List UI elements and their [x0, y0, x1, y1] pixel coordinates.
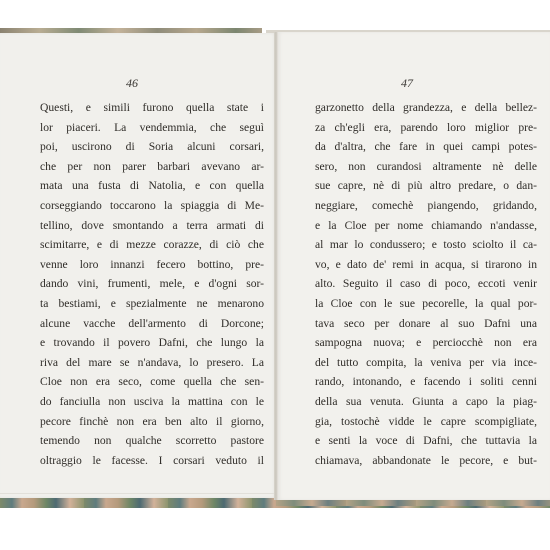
text-line: della sua venuta. Giunta a capo la piag-: [315, 392, 537, 412]
text-line: za ch'egli era, parendo loro miglior pre…: [315, 118, 537, 138]
text-line: tellino, dove smontando a terra armati d…: [40, 216, 264, 236]
text-line: neggiare, comechè piangendo, gridando,: [315, 196, 537, 216]
text-line: oltraggio le facesse. I corsari veduto i…: [40, 451, 264, 471]
text-line: sero, non curandosi altramente nè delle: [315, 157, 537, 177]
text-line: riva del mare se n'andava, lo presero. L…: [40, 353, 264, 373]
text-line: la Cloe con le sue pecorelle, la qual po…: [315, 294, 537, 314]
text-line: scimitarre, e di mezze corazze, di ciò c…: [40, 235, 264, 255]
text-line: e trovando il povero Dafni, che lungo la: [40, 333, 264, 353]
text-line: ta bestiami, e spezialmente ne menarono: [40, 294, 264, 314]
text-line: Cloe non era seco, come quella che sen-: [40, 372, 264, 392]
text-line: garzonetto della grandezza, e della bell…: [315, 98, 537, 118]
text-line: e senti la voce di Dafni, che tuttavia l…: [315, 431, 537, 451]
text-line: al mar lo condussero; e tosto sciolto il…: [315, 235, 537, 255]
text-line: venne loro innanzi fecero bottino, pre-: [40, 255, 264, 275]
right-page-number: 47: [387, 76, 427, 91]
text-line: Questi, e simili furono quella state i: [40, 98, 264, 118]
text-line: do fanciulla non usciva la mattina con l…: [40, 392, 264, 412]
text-line: del tutto compita, la veniva per via inc…: [315, 353, 537, 373]
left-page-edge: [0, 493, 276, 494]
text-line: sue capre, nè di più altro predare, o da…: [315, 176, 537, 196]
text-line: alto. Seguito il caso di poco, eccoti ve…: [315, 274, 537, 294]
text-line: dando vini, frumenti, mele, e d'ogni sor…: [40, 274, 264, 294]
book-gutter: [274, 32, 278, 500]
text-line: e la Cloe per nome chiamando n'andasse,: [315, 216, 537, 236]
text-line: temendo non qualche scorretto pastore: [40, 431, 264, 451]
text-line: rando, intonando, e facendo i soliti cen…: [315, 372, 537, 392]
text-line: pecore finchè non era ben alto il giorno…: [40, 412, 264, 432]
text-line: chiamava, abbandonate le pecore, e but-: [315, 451, 537, 471]
marbled-board-bottom-edge-right: [276, 500, 550, 506]
text-line: sampogna nuova; e perciocchè non era: [315, 333, 537, 353]
text-line: alcune vacche dell'armento di Dorcone;: [40, 314, 264, 334]
text-line: corseggiando toccarono la spiaggia di Me…: [40, 196, 264, 216]
left-page-text: Questi, e simili furono quella state i l…: [40, 98, 264, 470]
text-line: mata una fusta di Natolia, e con quella: [40, 176, 264, 196]
text-line: poi, uscirono di Soria alcuni corsari,: [40, 137, 264, 157]
text-line: che per non parer barbari avevano ar-: [40, 157, 264, 177]
text-line: tava seco per donare al suo Dafni una: [315, 314, 537, 334]
right-page-text: garzonetto della grandezza, e della bell…: [315, 98, 537, 470]
text-line: da d'altra, che fare in quei campi potes…: [315, 137, 537, 157]
text-line: gia, tostochè vidde le capre scompigliat…: [315, 412, 537, 432]
left-page-number: 46: [112, 76, 152, 91]
text-line: vo, e dato de' remi in acqua, si tiraron…: [315, 255, 537, 275]
text-line: lor piaceri. La vendemmia, che seguì: [40, 118, 264, 138]
